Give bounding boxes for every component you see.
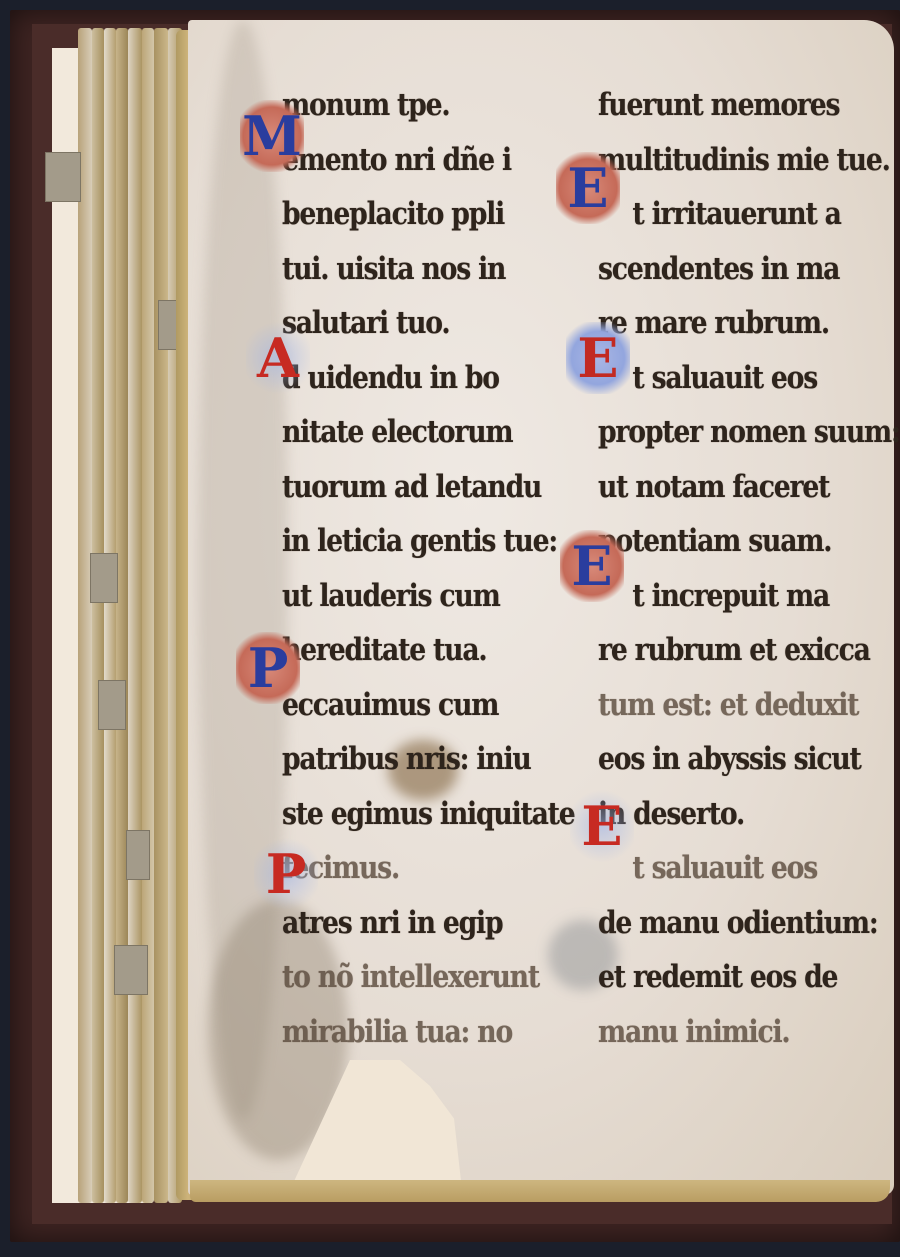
text-line: patribus nris: iniu	[282, 732, 514, 787]
text-line: salutari tuo.	[282, 296, 514, 351]
illuminated-initial-p: P	[236, 632, 300, 704]
page-tab[interactable]	[126, 830, 150, 880]
illuminated-initial-a: A	[246, 322, 310, 394]
text-line: t irritauerunt a	[598, 187, 830, 242]
text-line: propter nomen suum:	[598, 405, 830, 460]
text-line: to nõ intellexerunt	[282, 950, 514, 1005]
page-tab[interactable]	[98, 680, 126, 730]
text-column-right: fuerunt memores multitudinis mie tue. t …	[598, 78, 868, 1059]
text-line: et redemit eos de	[598, 950, 830, 1005]
text-line: scendentes in ma	[598, 242, 830, 297]
text-line: tuorum ad letandu	[282, 460, 514, 515]
text-line: multitudinis mie tue.	[598, 133, 830, 188]
illuminated-initial-e: E	[566, 322, 630, 394]
illuminated-initial-m: M	[240, 100, 304, 172]
text-line: d uidendu in bo	[282, 351, 514, 406]
text-line: ut lauderis cum	[282, 569, 514, 624]
text-line: tum est: et deduxit	[598, 678, 830, 733]
text-line: beneplacito ppli	[282, 187, 514, 242]
leaf-edge	[142, 28, 154, 1203]
page-tab[interactable]	[90, 553, 118, 603]
illuminated-initial-e: E	[560, 530, 624, 602]
text-line: fuerunt memores	[598, 78, 830, 133]
leaf-edge	[128, 28, 142, 1203]
text-line: nitate electorum	[282, 405, 514, 460]
text-line: de manu odientium:	[598, 896, 830, 951]
leaf-edge	[104, 28, 116, 1203]
text-line: monum tpe.	[282, 78, 514, 133]
text-line: eccauimus cum	[282, 678, 514, 733]
text-line: ut notam faceret	[598, 460, 830, 515]
page-tab[interactable]	[45, 152, 81, 202]
text-line: mirabilia tua: no	[282, 1005, 514, 1060]
illuminated-initial-e: E	[570, 790, 634, 862]
text-line: t saluauit eos	[598, 351, 830, 406]
text-line: re mare rubrum.	[598, 296, 830, 351]
leaf-bottom-edge	[190, 1180, 890, 1202]
leaf-edge	[92, 28, 104, 1203]
text-line: ste egimus iniquitate	[282, 787, 514, 842]
leaf-edge	[78, 28, 92, 1203]
page-tab[interactable]	[114, 945, 148, 995]
text-line: t increpuit ma	[598, 569, 830, 624]
illuminated-initial-p: P	[254, 838, 318, 910]
leaf-edge	[116, 28, 128, 1203]
illuminated-initial-e: E	[556, 152, 620, 224]
text-line: potentiam suam.	[598, 514, 830, 569]
text-line: manu inimici.	[598, 1005, 830, 1060]
text-line: hereditate tua.	[282, 623, 514, 678]
text-line: eos in abyssis sicut	[598, 732, 830, 787]
text-column-left: monum tpe. emento nri dñe i beneplacito …	[282, 78, 552, 1059]
text-line: re rubrum et exicca	[598, 623, 830, 678]
text-line: emento nri dñe i	[282, 133, 514, 188]
leaf-edge	[154, 28, 168, 1203]
text-line: in leticia gentis tue:	[282, 514, 514, 569]
text-line: tui. uisita nos in	[282, 242, 514, 297]
